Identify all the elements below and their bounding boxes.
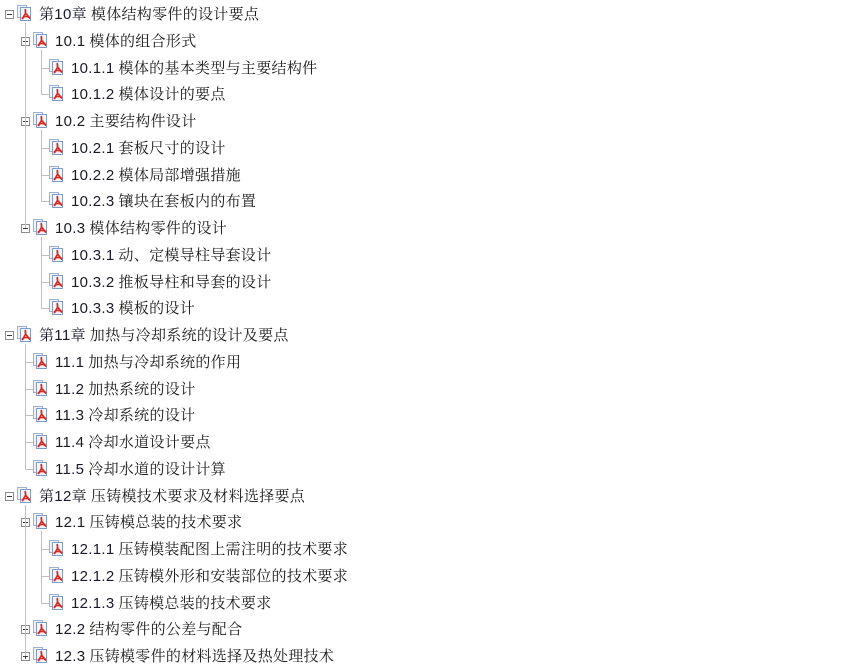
tree-guide-branch xyxy=(25,415,33,416)
tree-node-11-3[interactable]: 11.3冷却系统的设计 xyxy=(0,402,850,428)
tree-node-title: 模体的基本类型与主要结构件 xyxy=(119,59,318,77)
tree-node-title: 结构零件的公差与配合 xyxy=(89,620,242,638)
tree-node-label: 第10章模体结构零件的设计要点 xyxy=(39,4,259,25)
tree-guide-line xyxy=(41,50,42,94)
tree-node-number: 10.2.3 xyxy=(71,193,115,210)
pdf-bookmark-icon xyxy=(49,299,65,315)
pdf-bookmark-icon xyxy=(49,166,65,182)
tree-node-title: 模板的设计 xyxy=(119,299,196,317)
tree-node-number: 12.1.3 xyxy=(71,595,115,612)
tree-node-number: 10.3 xyxy=(55,220,85,237)
pdf-bookmark-icon xyxy=(49,594,65,610)
tree-node-title: 冷却系统的设计 xyxy=(88,406,195,424)
tree-guide-line xyxy=(41,237,42,308)
tree-guide-branch xyxy=(41,255,49,256)
pdf-bookmark-icon xyxy=(49,246,65,262)
tree-node-10-2[interactable]: 10.2主要结构件设计 xyxy=(0,108,850,134)
tree-node-label: 11.2加热系统的设计 xyxy=(55,379,195,400)
tree-node-number: 10.3.3 xyxy=(71,300,115,317)
tree-node-title: 主要结构件设计 xyxy=(89,112,196,130)
pdf-bookmark-icon xyxy=(17,326,33,342)
tree-node-number: 10.2 xyxy=(55,113,85,130)
tree-node-label: 12.1.1压铸模装配图上需注明的技术要求 xyxy=(71,539,348,560)
tree-node-number: 12.2 xyxy=(55,621,85,638)
pdf-bookmark-icon xyxy=(49,540,65,556)
pdf-bookmark-icon xyxy=(33,433,49,449)
tree-node-title: 推板导柱和导套的设计 xyxy=(119,273,272,291)
tree-guide-line xyxy=(25,23,26,228)
pdf-bookmark-icon xyxy=(33,513,49,529)
tree-node-12-3[interactable]: 12.3压铸模零件的材料选择及热处理技术 xyxy=(0,643,850,669)
tree-node-number: 11.5 xyxy=(55,461,84,478)
tree-node-title: 压铸模总装的技术要求 xyxy=(119,594,272,612)
tree-guide-branch xyxy=(41,576,49,577)
tree-node-11-5[interactable]: 11.5冷却水道的设计计算 xyxy=(0,456,850,482)
tree-node-title: 模体的组合形式 xyxy=(89,32,196,50)
tree-guide-branch xyxy=(25,442,33,443)
tree-guide-branch xyxy=(41,94,49,95)
tree-node-title: 模体结构零件的设计 xyxy=(89,219,227,237)
tree-node-title: 冷却水道设计要点 xyxy=(88,433,210,451)
tree-node-10-1-1[interactable]: 10.1.1模体的基本类型与主要结构件 xyxy=(0,55,850,81)
tree-node-number: 12.1.2 xyxy=(71,568,115,585)
tree-node-number: 12.1.1 xyxy=(71,541,115,558)
collapse-minus-icon[interactable] xyxy=(5,10,14,19)
tree-node-number: 10.2.1 xyxy=(71,140,115,157)
collapse-minus-icon[interactable] xyxy=(5,331,14,340)
collapse-minus-icon[interactable] xyxy=(5,492,14,501)
tree-node-number: 10.1 xyxy=(55,33,85,50)
tree-node-label: 12.1.3压铸模总装的技术要求 xyxy=(71,593,272,614)
tree-node-label: 10.3.3模板的设计 xyxy=(71,298,195,319)
pdf-bookmark-icon xyxy=(33,647,49,663)
tree-node-title: 镶块在套板内的布置 xyxy=(119,192,257,210)
tree-guide-branch xyxy=(41,68,49,69)
tree-node-label: 12.1.2压铸模外形和安装部位的技术要求 xyxy=(71,566,348,587)
tree-node-number: 10.3.2 xyxy=(71,274,115,291)
pdf-bookmark-icon xyxy=(33,460,49,476)
tree-node-label: 第11章加热与冷却系统的设计及要点 xyxy=(39,325,289,346)
pdf-bookmark-icon xyxy=(33,112,49,128)
tree-node-第12章[interactable]: 第12章压铸模技术要求及材料选择要点 xyxy=(0,483,850,509)
tree-node-label: 11.5冷却水道的设计计算 xyxy=(55,459,226,480)
pdf-bookmark-icon xyxy=(33,406,49,422)
tree-node-title: 压铸模外形和安装部位的技术要求 xyxy=(119,567,349,585)
tree-node-title: 冷却水道的设计计算 xyxy=(88,460,226,478)
tree-guide-line xyxy=(25,505,26,656)
tree-node-label: 12.3压铸模零件的材料选择及热处理技术 xyxy=(55,646,334,667)
pdf-bookmark-icon xyxy=(33,32,49,48)
tree-node-number: 第11章 xyxy=(39,327,86,344)
tree-node-number: 11.2 xyxy=(55,381,84,398)
tree-node-10-2-1[interactable]: 10.2.1套板尺寸的设计 xyxy=(0,135,850,161)
tree-guide-branch xyxy=(41,175,49,176)
tree-node-label: 10.3.2推板导柱和导套的设计 xyxy=(71,272,272,293)
tree-guide-line xyxy=(41,130,42,201)
pdf-bookmark-icon xyxy=(33,620,49,636)
tree-node-10-2-2[interactable]: 10.2.2模体局部增强措施 xyxy=(0,162,850,188)
tree-node-label: 11.1加热与冷却系统的作用 xyxy=(55,352,241,373)
tree-node-number: 10.1.1 xyxy=(71,60,115,77)
tree-node-12-1-2[interactable]: 12.1.2压铸模外形和安装部位的技术要求 xyxy=(0,563,850,589)
tree-node-title: 压铸模总装的技术要求 xyxy=(89,513,242,531)
tree-node-label: 10.1.1模体的基本类型与主要结构件 xyxy=(71,58,317,79)
tree-node-title: 模体结构零件的设计要点 xyxy=(91,5,259,23)
tree-node-number: 12.3 xyxy=(55,648,85,665)
tree-guide-branch xyxy=(41,282,49,283)
pdf-bookmark-icon xyxy=(49,59,65,75)
tree-node-label: 10.2.2模体局部增强措施 xyxy=(71,165,241,186)
tree-node-title: 压铸模技术要求及材料选择要点 xyxy=(91,487,305,505)
pdf-bookmark-icon xyxy=(17,5,33,21)
tree-node-label: 第12章压铸模技术要求及材料选择要点 xyxy=(39,486,305,507)
tree-node-10-1[interactable]: 10.1模体的组合形式 xyxy=(0,28,850,54)
pdf-bookmark-icon xyxy=(33,353,49,369)
tree-node-10-3-1[interactable]: 10.3.1动、定模导柱导套设计 xyxy=(0,242,850,268)
tree-node-12-1-1[interactable]: 12.1.1压铸模装配图上需注明的技术要求 xyxy=(0,536,850,562)
pdf-bookmark-icon xyxy=(49,85,65,101)
tree-guide-branch xyxy=(25,362,33,363)
tree-node-title: 压铸模零件的材料选择及热处理技术 xyxy=(89,647,334,665)
tree-node-number: 第10章 xyxy=(39,6,87,23)
tree-node-title: 模体设计的要点 xyxy=(119,85,226,103)
tree-guide-branch xyxy=(41,308,49,309)
pdf-bookmark-icon xyxy=(49,192,65,208)
tree-guide-branch xyxy=(25,469,33,470)
tree-node-number: 10.1.2 xyxy=(71,86,115,103)
tree-node-label: 10.2.3镶块在套板内的布置 xyxy=(71,191,256,212)
tree-guide-branch xyxy=(41,549,49,550)
tree-node-11-2[interactable]: 11.2加热系统的设计 xyxy=(0,376,850,402)
pdf-bookmark-icon xyxy=(49,139,65,155)
tree-node-title: 压铸模装配图上需注明的技术要求 xyxy=(119,540,349,558)
pdf-bookmark-icon xyxy=(33,219,49,235)
tree-node-10-3[interactable]: 10.3模体结构零件的设计 xyxy=(0,215,850,241)
tree-node-10-1-2[interactable]: 10.1.2模体设计的要点 xyxy=(0,81,850,107)
tree-node-11-1[interactable]: 11.1加热与冷却系统的作用 xyxy=(0,349,850,375)
tree-node-12-2[interactable]: 12.2结构零件的公差与配合 xyxy=(0,616,850,642)
tree-node-label: 11.4冷却水道设计要点 xyxy=(55,432,211,453)
tree-node-label: 10.2.1套板尺寸的设计 xyxy=(71,138,226,159)
tree-node-第10章[interactable]: 第10章模体结构零件的设计要点 xyxy=(0,1,850,27)
tree-node-number: 12.1 xyxy=(55,514,85,531)
tree-node-10-3-3[interactable]: 10.3.3模板的设计 xyxy=(0,295,850,321)
tree-node-10-3-2[interactable]: 10.3.2推板导柱和导套的设计 xyxy=(0,269,850,295)
tree-node-title: 加热与冷却系统的设计及要点 xyxy=(90,326,289,344)
pdf-bookmark-icon xyxy=(33,380,49,396)
tree-node-label: 10.3模体结构零件的设计 xyxy=(55,218,227,239)
tree-node-title: 动、定模导柱导套设计 xyxy=(119,246,272,264)
tree-guide-branch xyxy=(41,603,49,604)
tree-node-第11章[interactable]: 第11章加热与冷却系统的设计及要点 xyxy=(0,322,850,348)
tree-node-number: 11.4 xyxy=(55,434,84,451)
tree-node-label: 11.3冷却系统的设计 xyxy=(55,405,195,426)
tree-node-12-1[interactable]: 12.1压铸模总装的技术要求 xyxy=(0,509,850,535)
tree-guide-branch xyxy=(25,389,33,390)
tree-guide-line xyxy=(41,531,42,603)
tree-node-10-2-3[interactable]: 10.2.3镶块在套板内的布置 xyxy=(0,188,850,214)
tree-node-number: 10.2.2 xyxy=(71,167,115,184)
tree-node-title: 加热与冷却系统的作用 xyxy=(88,353,241,371)
tree-node-title: 套板尺寸的设计 xyxy=(119,139,226,157)
tree-node-number: 11.1 xyxy=(55,354,84,371)
tree-node-label: 10.1模体的组合形式 xyxy=(55,31,197,52)
tree-guide-branch xyxy=(41,201,49,202)
tree-node-number: 11.3 xyxy=(55,407,84,424)
tree-node-title: 模体局部增强措施 xyxy=(119,166,241,184)
pdf-bookmark-icon xyxy=(49,273,65,289)
pdf-bookmark-icon xyxy=(17,487,33,503)
tree-node-11-4[interactable]: 11.4冷却水道设计要点 xyxy=(0,429,850,455)
tree-node-label: 12.2结构零件的公差与配合 xyxy=(55,619,242,640)
tree-node-12-1-3[interactable]: 12.1.3压铸模总装的技术要求 xyxy=(0,590,850,616)
tree-node-label: 10.2主要结构件设计 xyxy=(55,111,197,132)
tree-node-number: 第12章 xyxy=(39,488,87,505)
bookmark-tree: 第10章模体结构零件的设计要点 10.1模体的组合形式 10.1.1模体的基本类… xyxy=(0,0,850,670)
tree-guide-branch xyxy=(41,148,49,149)
pdf-bookmark-icon xyxy=(49,567,65,583)
tree-node-label: 10.3.1动、定模导柱导套设计 xyxy=(71,245,272,266)
tree-node-label: 12.1压铸模总装的技术要求 xyxy=(55,512,242,533)
tree-node-label: 10.1.2模体设计的要点 xyxy=(71,84,226,105)
tree-node-number: 10.3.1 xyxy=(71,247,115,264)
tree-node-title: 加热系统的设计 xyxy=(88,380,195,398)
